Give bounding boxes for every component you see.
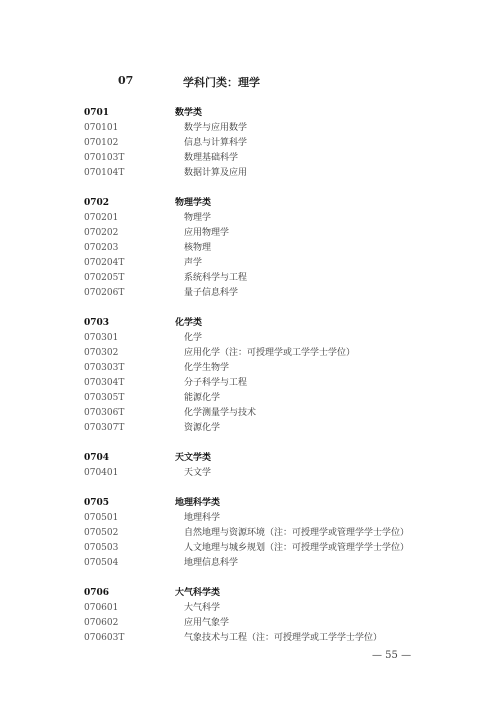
major-row: 070206T量子信息科学 bbox=[84, 286, 464, 301]
major-code: 070503 bbox=[84, 541, 118, 556]
category-section: 0705地理科学类070501地理科学070502自然地理与资源环境（注：可授理… bbox=[84, 496, 464, 571]
major-code: 070202 bbox=[84, 226, 118, 241]
major-name: 分子科学与工程 bbox=[184, 376, 247, 391]
major-name: 地理科学 bbox=[184, 511, 220, 526]
category-name: 天文学类 bbox=[175, 451, 211, 466]
major-row: 070302应用化学（注：可授理学或工学学士学位） bbox=[84, 346, 464, 361]
category-name: 物理学类 bbox=[175, 196, 211, 211]
major-name: 化学测量学与技术 bbox=[184, 406, 256, 421]
category-name: 地理科学类 bbox=[175, 496, 220, 511]
category-row: 0701数学类 bbox=[84, 106, 464, 121]
major-name: 气象技术与工程（注：可授理学或工学学士学位） bbox=[184, 631, 382, 646]
major-row: 070306T化学测量学与技术 bbox=[84, 406, 464, 421]
major-name: 应用物理学 bbox=[184, 226, 229, 241]
major-name: 数理基础科学 bbox=[184, 151, 238, 166]
major-name: 量子信息科学 bbox=[184, 286, 238, 301]
major-name: 信息与计算科学 bbox=[184, 136, 247, 151]
major-row: 070504地理信息科学 bbox=[84, 556, 464, 571]
major-code: 070302 bbox=[84, 346, 118, 361]
major-code: 070102 bbox=[84, 136, 118, 151]
major-code: 070101 bbox=[84, 121, 118, 136]
major-row: 070203核物理 bbox=[84, 241, 464, 256]
category-section: 0704天文学类070401天文学 bbox=[84, 451, 464, 481]
major-code: 070603T bbox=[84, 631, 124, 646]
major-code: 070502 bbox=[84, 526, 118, 541]
category-code: 0704 bbox=[84, 451, 109, 466]
major-name: 地理信息科学 bbox=[184, 556, 238, 571]
major-name: 数据计算及应用 bbox=[184, 166, 247, 181]
major-row: 070503人文地理与城乡规划（注：可授理学或管理学学士学位） bbox=[84, 541, 464, 556]
major-name: 大气科学 bbox=[184, 601, 220, 616]
major-name: 数学与应用数学 bbox=[184, 121, 247, 136]
category-row: 0705地理科学类 bbox=[84, 496, 464, 511]
major-code: 070103T bbox=[84, 151, 124, 166]
major-code: 070501 bbox=[84, 511, 118, 526]
major-row: 070204T声学 bbox=[84, 256, 464, 271]
category-code: 0705 bbox=[84, 496, 109, 511]
category-section: 0706大气科学类070601大气科学070602应用气象学070603T气象技… bbox=[84, 586, 464, 646]
major-name: 声学 bbox=[184, 256, 202, 271]
major-row: 070601大气科学 bbox=[84, 601, 464, 616]
major-row: 070104T数据计算及应用 bbox=[84, 166, 464, 181]
major-name: 核物理 bbox=[184, 241, 211, 256]
major-code: 070205T bbox=[84, 271, 124, 286]
major-code: 070401 bbox=[84, 466, 118, 481]
discipline-heading: 07 学科门类：理学 bbox=[0, 74, 500, 92]
major-row: 070602应用气象学 bbox=[84, 616, 464, 631]
major-row: 070502自然地理与资源环境（注：可授理学或管理学学士学位） bbox=[84, 526, 464, 541]
major-name: 能源化学 bbox=[184, 391, 220, 406]
major-code: 070305T bbox=[84, 391, 124, 406]
major-code: 070304T bbox=[84, 376, 124, 391]
major-row: 070304T分子科学与工程 bbox=[84, 376, 464, 391]
category-code: 0706 bbox=[84, 586, 109, 601]
major-name: 物理学 bbox=[184, 211, 211, 226]
category-row: 0704天文学类 bbox=[84, 451, 464, 466]
discipline-code: 07 bbox=[118, 74, 133, 87]
major-code: 070203 bbox=[84, 241, 118, 256]
major-code: 070104T bbox=[84, 166, 124, 181]
major-code: 070601 bbox=[84, 601, 118, 616]
major-row: 070102信息与计算科学 bbox=[84, 136, 464, 151]
major-row: 070101数学与应用数学 bbox=[84, 121, 464, 136]
category-section: 0702物理学类070201物理学070202应用物理学070203核物理070… bbox=[84, 196, 464, 301]
major-name: 应用化学（注：可授理学或工学学士学位） bbox=[184, 346, 355, 361]
category-row: 0702物理学类 bbox=[84, 196, 464, 211]
major-row: 070303T化学生物学 bbox=[84, 361, 464, 376]
major-code: 070204T bbox=[84, 256, 124, 271]
category-code: 0703 bbox=[84, 316, 109, 331]
major-row: 070301化学 bbox=[84, 331, 464, 346]
major-row: 070201物理学 bbox=[84, 211, 464, 226]
major-name: 天文学 bbox=[184, 466, 211, 481]
major-catalog: 0701数学类070101数学与应用数学070102信息与计算科学070103T… bbox=[84, 106, 464, 661]
major-name: 人文地理与城乡规划（注：可授理学或管理学学士学位） bbox=[184, 541, 409, 556]
category-row: 0706大气科学类 bbox=[84, 586, 464, 601]
major-name: 化学 bbox=[184, 331, 202, 346]
major-row: 070202应用物理学 bbox=[84, 226, 464, 241]
category-code: 0702 bbox=[84, 196, 109, 211]
major-code: 070306T bbox=[84, 406, 124, 421]
major-code: 070206T bbox=[84, 286, 124, 301]
major-code: 070303T bbox=[84, 361, 124, 376]
category-row: 0703化学类 bbox=[84, 316, 464, 331]
major-name: 化学生物学 bbox=[184, 361, 229, 376]
category-section: 0701数学类070101数学与应用数学070102信息与计算科学070103T… bbox=[84, 106, 464, 181]
major-code: 070307T bbox=[84, 421, 124, 436]
category-section: 0703化学类070301化学070302应用化学（注：可授理学或工学学士学位）… bbox=[84, 316, 464, 436]
major-code: 070602 bbox=[84, 616, 118, 631]
discipline-title: 学科门类：理学 bbox=[183, 74, 260, 90]
major-row: 070205T系统科学与工程 bbox=[84, 271, 464, 286]
major-code: 070504 bbox=[84, 556, 118, 571]
page-number: — 55 — bbox=[372, 650, 411, 661]
major-row: 070305T能源化学 bbox=[84, 391, 464, 406]
major-row: 070401天文学 bbox=[84, 466, 464, 481]
category-name: 化学类 bbox=[175, 316, 202, 331]
major-row: 070603T气象技术与工程（注：可授理学或工学学士学位） bbox=[84, 631, 464, 646]
major-row: 070501地理科学 bbox=[84, 511, 464, 526]
major-row: 070103T数理基础科学 bbox=[84, 151, 464, 166]
major-code: 070301 bbox=[84, 331, 118, 346]
category-name: 大气科学类 bbox=[175, 586, 220, 601]
major-name: 应用气象学 bbox=[184, 616, 229, 631]
major-name: 资源化学 bbox=[184, 421, 220, 436]
major-code: 070201 bbox=[84, 211, 118, 226]
category-code: 0701 bbox=[84, 106, 109, 121]
category-name: 数学类 bbox=[175, 106, 202, 121]
major-name: 系统科学与工程 bbox=[184, 271, 247, 286]
major-name: 自然地理与资源环境（注：可授理学或管理学学士学位） bbox=[184, 526, 409, 541]
major-row: 070307T资源化学 bbox=[84, 421, 464, 436]
